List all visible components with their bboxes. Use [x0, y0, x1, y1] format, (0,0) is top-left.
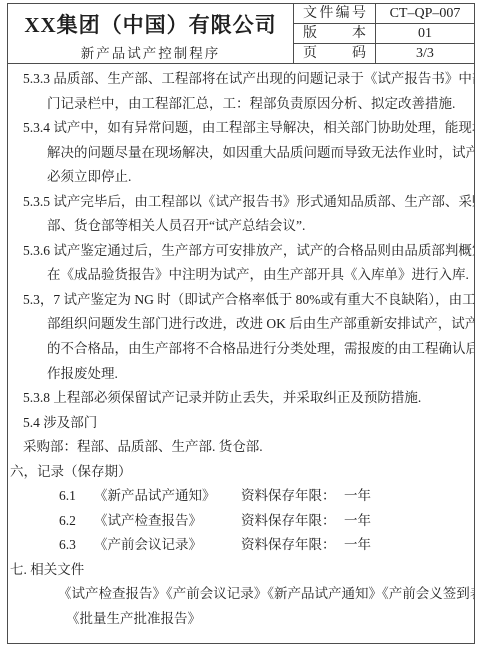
body-line: 门记录栏中，由工程部汇总，工：程部负责原因分析、拟定改善措施. [8, 92, 474, 117]
body-line: 5.3.3 品质部、生产部、工程部将在试产出现的问题记录于《试产报告书》中部 [8, 67, 474, 92]
record-number: 6.3 [59, 533, 94, 558]
record-retention-period: 一年 [344, 513, 371, 528]
record-row: 6.2《试产检查报告》资料保存年限：一年 [8, 509, 474, 534]
record-number: 6.2 [59, 509, 94, 534]
body-line: 5.3.8 上程部必须保留试产记录并防止丢失，并采取纠正及预防措施. [8, 386, 474, 411]
body-line: 在《成品验货报告》中注明为试产，由生产部开具《入库单》进行入库. [8, 263, 474, 288]
document-title: 新产品试产控制程序 [8, 42, 293, 62]
meta-value-doc-number: CT–QP–007 [376, 4, 474, 24]
body-line: 采购部：程部、品质部、生产部. 货仓部. [8, 435, 474, 460]
body-line: 部组织问题发生部门进行改进，改进 OK 后由生产部重新安排试产，试产 [8, 312, 474, 337]
meta-label-version: 版本 [294, 24, 376, 44]
record-retention-period: 一年 [344, 488, 371, 503]
section-heading-records: 六，记录（保存期） [8, 460, 474, 485]
record-retention-label: 资料保存年限： [241, 509, 344, 534]
body-line: 的不合格品，由生产部将不合格品进行分类处理，需报废的由工程确认后 [8, 337, 474, 362]
document-body: 5.3.3 品质部、生产部、工程部将在试产出现的问题记录于《试产报告书》中部 门… [8, 64, 474, 632]
meta-label-page-number: 页码 [294, 44, 376, 63]
record-title: 《新产品试产通知》 [94, 484, 241, 509]
body-line: 5.3，7 试产鉴定为 NG 时（即试产合格率低于 80%或有重大不良缺陷），由… [8, 288, 474, 313]
body-line: 5.3.5 试产完毕后，由工程部以《试产报告书》形式通知品质部、生产部、采购 [8, 190, 474, 215]
section-heading-involved-depts: 5.4 涉及部门 [8, 411, 474, 436]
company-name: XX集团（中国）有限公司 [8, 9, 293, 39]
body-line: 5.3.4 试产中，如有异常问题，由工程部主导解决，相关部门协助处理，能现场 [8, 116, 474, 141]
body-line: 作报废处理. [8, 362, 474, 387]
section-heading-related-docs: 七. 相关文件 [8, 558, 474, 583]
header-title-cell: XX集团（中国）有限公司 新产品试产控制程序 [8, 4, 294, 63]
record-number: 6.1 [59, 484, 94, 509]
related-docs-line: 《批量生产批准报告》 [8, 607, 474, 632]
meta-value-page-number: 3/3 [376, 44, 474, 63]
record-retention-period: 一年 [344, 537, 371, 552]
record-row: 6.3《产前会议记录》资料保存年限：一年 [8, 533, 474, 558]
related-docs-line: 《试产检查报告》《产前会议记录》《新产品试产通知》《产前会义签到表》 [8, 582, 474, 607]
meta-label-doc-number: 文件编号 [294, 4, 376, 24]
record-title: 《试产检查报告》 [94, 509, 241, 534]
document-header: XX集团（中国）有限公司 新产品试产控制程序 文件编号 CT–QP–007 版本… [8, 4, 474, 64]
meta-value-version: 01 [376, 24, 474, 44]
body-line: 解决的问题尽量在现场解决，如因重大品质问题而导致无法作业时，试产 [8, 141, 474, 166]
record-title: 《产前会议记录》 [94, 533, 241, 558]
document-page: XX集团（中国）有限公司 新产品试产控制程序 文件编号 CT–QP–007 版本… [7, 3, 475, 644]
record-retention-label: 资料保存年限： [241, 533, 344, 558]
record-row: 6.1《新产品试产通知》资料保存年限：一年 [8, 484, 474, 509]
body-line: 5.3.6 试产鉴定通过后，生产部方可安排放产，试产的合格品则由品质部判概定 [8, 239, 474, 264]
body-line: 部、货仓部等相关人员召开“试产总结会议”. [8, 214, 474, 239]
body-line: 必须立即停止. [8, 165, 474, 190]
record-retention-label: 资料保存年限： [241, 484, 344, 509]
document-meta-table: 文件编号 CT–QP–007 版本 01 页码 3/3 [294, 4, 474, 63]
